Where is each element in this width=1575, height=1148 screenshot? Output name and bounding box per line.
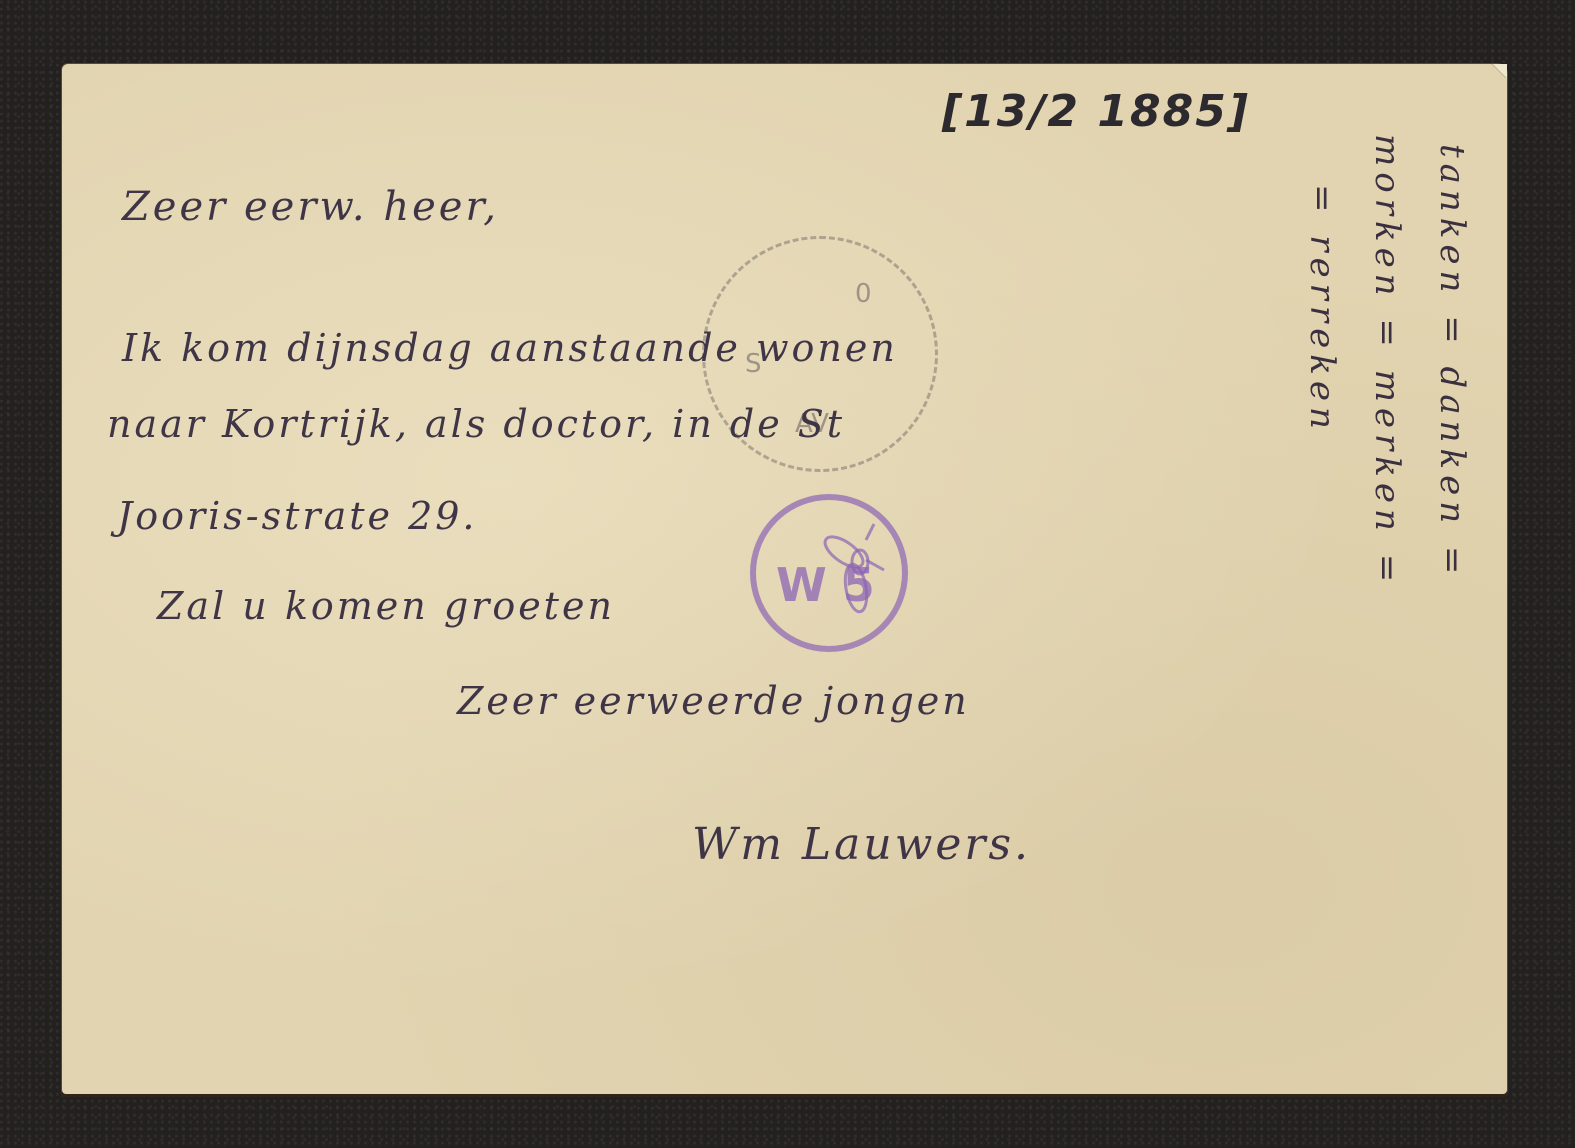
postmark-fragment: 0 <box>855 279 872 309</box>
margin-note: morken = merken = <box>1367 134 1407 588</box>
margin-note: = rerreken <box>1302 184 1342 435</box>
folded-corner <box>1491 64 1507 78</box>
salutation: Zeer eerw. heer, <box>122 184 499 230</box>
body-line: Ik kom dijnsdag aanstaande wonen <box>122 326 898 370</box>
closing-line: Zeer eerweerde jongen <box>457 679 970 723</box>
body-line: Jooris-strate 29. <box>117 494 478 538</box>
margin-note: tanken = danken = <box>1432 144 1472 580</box>
purple-collection-stamp: W 5 <box>750 494 908 652</box>
postcard: [13/2 1885] 0 S AV Zeer eerw. heer, Ik k… <box>62 64 1507 1094</box>
body-line: naar Kortrijk, als doctor, in de St <box>107 402 845 446</box>
body-line: Zal u komen groeten <box>157 584 615 628</box>
signature: Wm Lauwers. <box>692 819 1031 870</box>
stamp-text: W 5 <box>776 558 875 612</box>
archive-date-annotation: [13/2 1885] <box>942 86 1250 137</box>
